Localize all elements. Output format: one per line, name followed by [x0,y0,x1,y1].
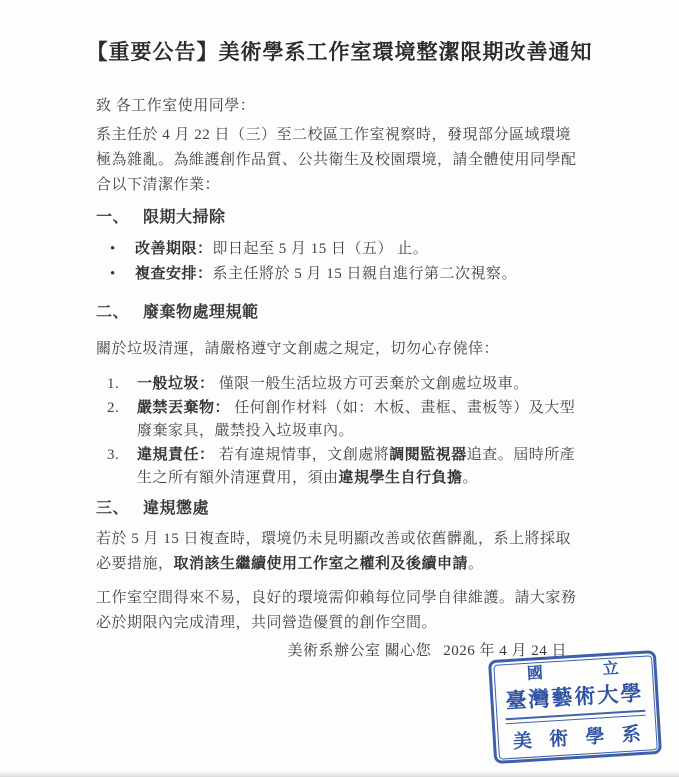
stamp-content: 國 立 臺灣藝術大學 美 術 學 系 [496,658,653,755]
bullet-icon: • [110,262,135,287]
item3-bold2: 違規學生自行負擔 [339,470,463,486]
salutation: 致 各工作室使用同學： [96,94,255,115]
signature-office: 美術系辦公室 關心您 [287,643,431,659]
item2-text: 嚴禁丟棄物： 任何創作材料（如：木板、畫框、畫板等）及大型廢棄家具，嚴禁投入垃圾… [137,397,580,443]
section2-title: 廢棄物處理規範 [143,304,259,321]
list-item: 3. 違規責任： 若有違規情事，文創處將調閱監視器追查。屆時所產生之所有額外清運… [107,444,585,490]
item1-label: 一般垃圾： [137,376,215,392]
bullet2-label: 複查安排： [135,266,213,282]
section3-bold: 取消該生繼續使用工作室之權利及後續申請 [174,556,469,572]
bullet1-text: 改善期限：即日起至 5 月 15 日（五） 止。 [135,237,428,262]
bullet1-body: 即日起至 5 月 15 日（五） 止。 [213,241,429,257]
department-seal-stamp: 國 立 臺灣藝術大學 美 術 學 系 [488,650,662,764]
stamp-divider [506,710,646,725]
list-item: • 改善期限：即日起至 5 月 15 日（五） 止。 [110,237,580,262]
section3-heading: 三、違規懲處 [96,495,209,518]
item3-seg1: 若有違規情事，文創處將 [215,447,390,463]
item1-number: 1. [107,373,137,396]
bullet1-label: 改善期限： [135,241,213,257]
stamp-line2: 臺灣藝術大學 [498,681,651,713]
item3-seg3: 。 [463,470,479,486]
section2-numbered-list: 1. 一般垃圾： 僅限一般生活垃圾方可丟棄於文創處垃圾車。 2. 嚴禁丟棄物： … [107,373,585,491]
stamp-line3-char: 術 [549,727,569,752]
list-item: 1. 一般垃圾： 僅限一般生活垃圾方可丟棄於文創處垃圾車。 [107,373,585,396]
section2-lead: 關於垃圾清運，請嚴格遵守文創處之規定，切勿心存僥倖： [96,337,586,362]
stamp-line1-right: 立 [602,660,619,679]
stamp-line3-char: 美 [512,730,532,755]
section1-heading: 一、限期大掃除 [96,204,226,227]
item2-label: 嚴禁丟棄物： [137,400,230,416]
bullet2-text: 複查安排：系主任將於 5 月 15 日親自進行第二次視察。 [135,262,517,287]
stamp-line1-left: 國 [526,665,543,684]
section3-number: 三、 [96,495,129,518]
scan-shadow-edge [0,771,679,777]
closing-paragraph: 工作室空間得來不易，良好的環境需仰賴每位同學自律維護。請大家務必於期限內完成清理… [96,586,586,636]
section3-title: 違規懲處 [143,500,209,517]
page-title: 【重要公告】美術學系工作室環境整潔限期改善通知 [0,36,679,66]
list-item: • 複查安排：系主任將於 5 月 15 日親自進行第二次視察。 [110,262,580,287]
section2-number: 二、 [96,299,129,322]
section2-heading: 二、廢棄物處理規範 [96,299,259,322]
section3-seg2: 。 [468,556,484,572]
item1-body: 僅限一般生活垃圾方可丟棄於文創處垃圾車。 [215,376,529,392]
bullet2-body: 系主任將於 5 月 15 日親自進行第二次視察。 [213,266,518,282]
item3-bold1: 調閱監視器 [389,447,467,463]
signature-date-prefix: 2026 年 4 月 [443,643,531,659]
bullet-icon: • [110,237,135,262]
stamp-line3-char: 系 [621,723,641,748]
item3-text: 違規責任： 若有違規情事，文創處將調閱監視器追查。屆時所產生之所有額外清運費用，… [137,444,580,490]
list-item: 2. 嚴禁丟棄物： 任何創作材料（如：木板、畫框、畫板等）及大型廢棄家具，嚴禁投… [107,397,585,443]
stamp-line3-char: 學 [585,725,605,750]
section1-title: 限期大掃除 [143,209,226,226]
scanned-notice-page: 【重要公告】美術學系工作室環境整潔限期改善通知 致 各工作室使用同學： 系主任於… [0,0,679,777]
signature-line: 美術系辦公室 關心您2026 年 4 月 24 日 [287,639,567,660]
item3-label: 違規責任： [137,447,215,463]
intro-paragraph: 系主任於 4 月 22 日（三）至二校區工作室視察時，發現部分區域環境極為雜亂。… [96,123,586,198]
item1-text: 一般垃圾： 僅限一般生活垃圾方可丟棄於文創處垃圾車。 [137,373,580,396]
item3-number: 3. [107,444,137,490]
section3-paragraph: 若於 5 月 15 日複查時，環境仍未見明顯改善或依舊髒亂，系上將採取必要措施，… [96,527,586,577]
item2-number: 2. [107,397,137,443]
section1-number: 一、 [96,204,129,227]
section1-bullet-list: • 改善期限：即日起至 5 月 15 日（五） 止。 • 複查安排：系主任將於 … [110,237,580,287]
